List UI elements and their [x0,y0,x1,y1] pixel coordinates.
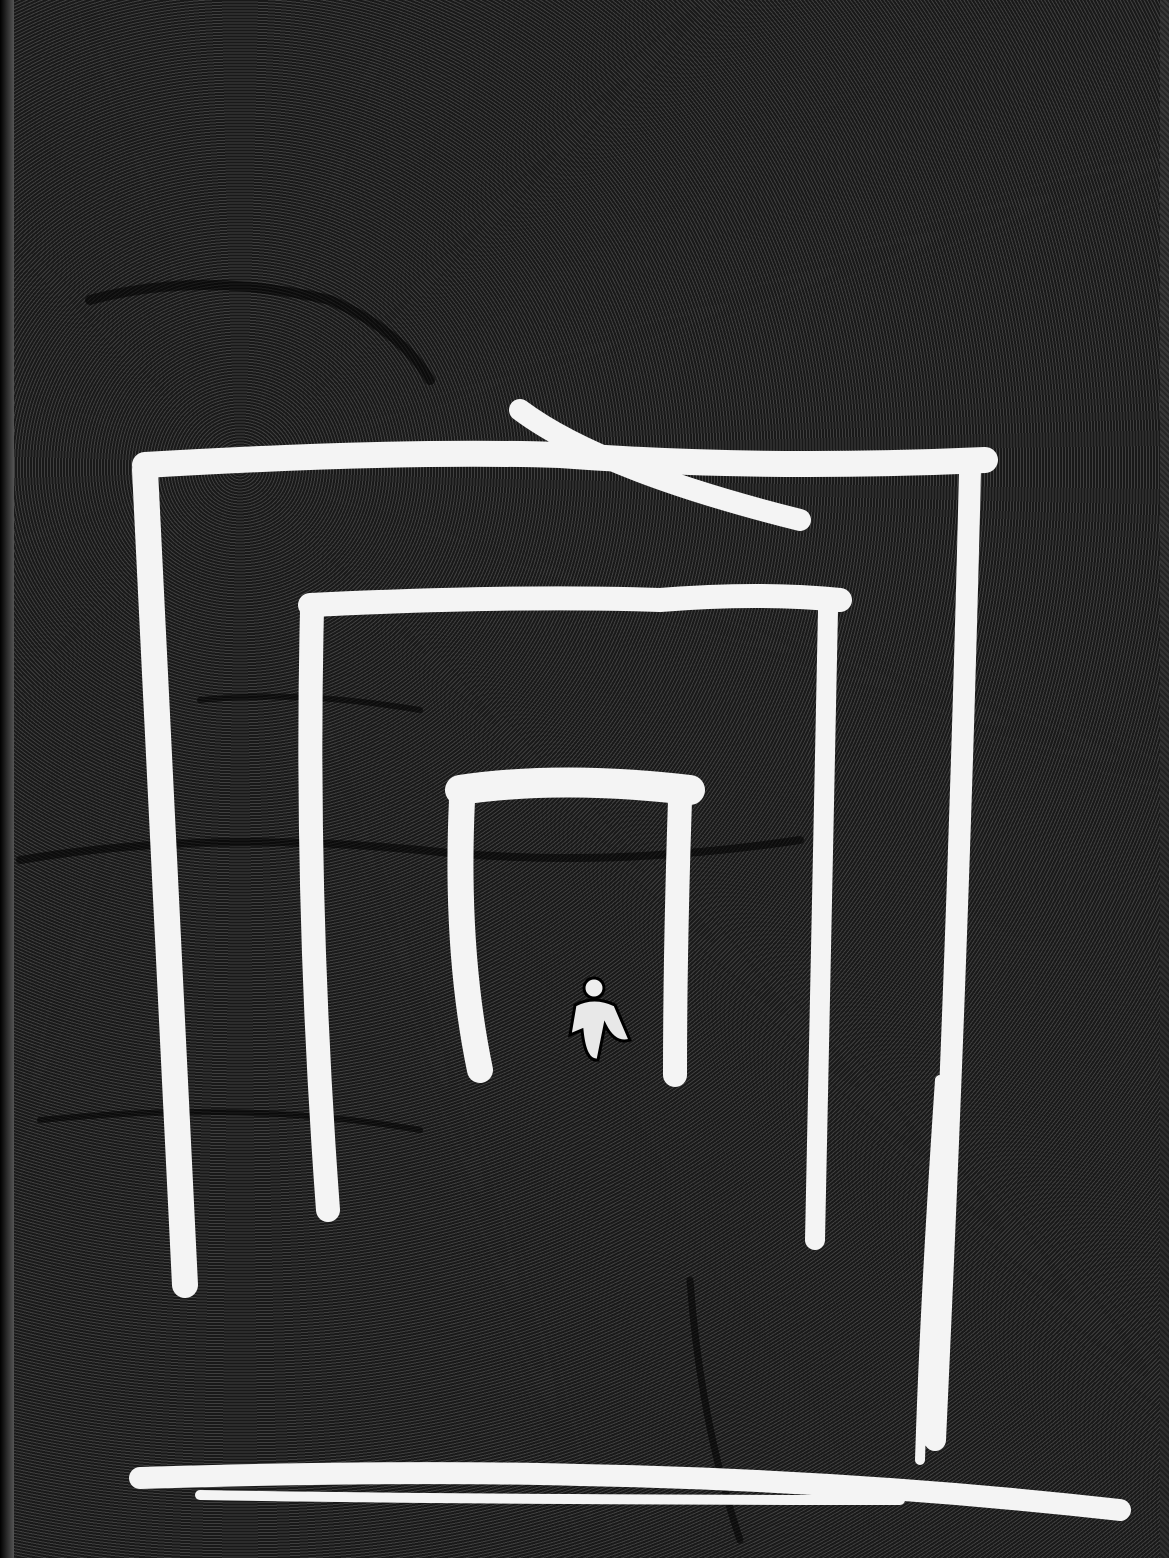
painting-artwork [0,0,1169,1558]
outer-arch [145,410,985,1460]
small-figure [570,978,630,1060]
textured-canvas-background [0,0,1169,1558]
ground-line [140,1473,1120,1510]
middle-arch [310,596,840,1240]
